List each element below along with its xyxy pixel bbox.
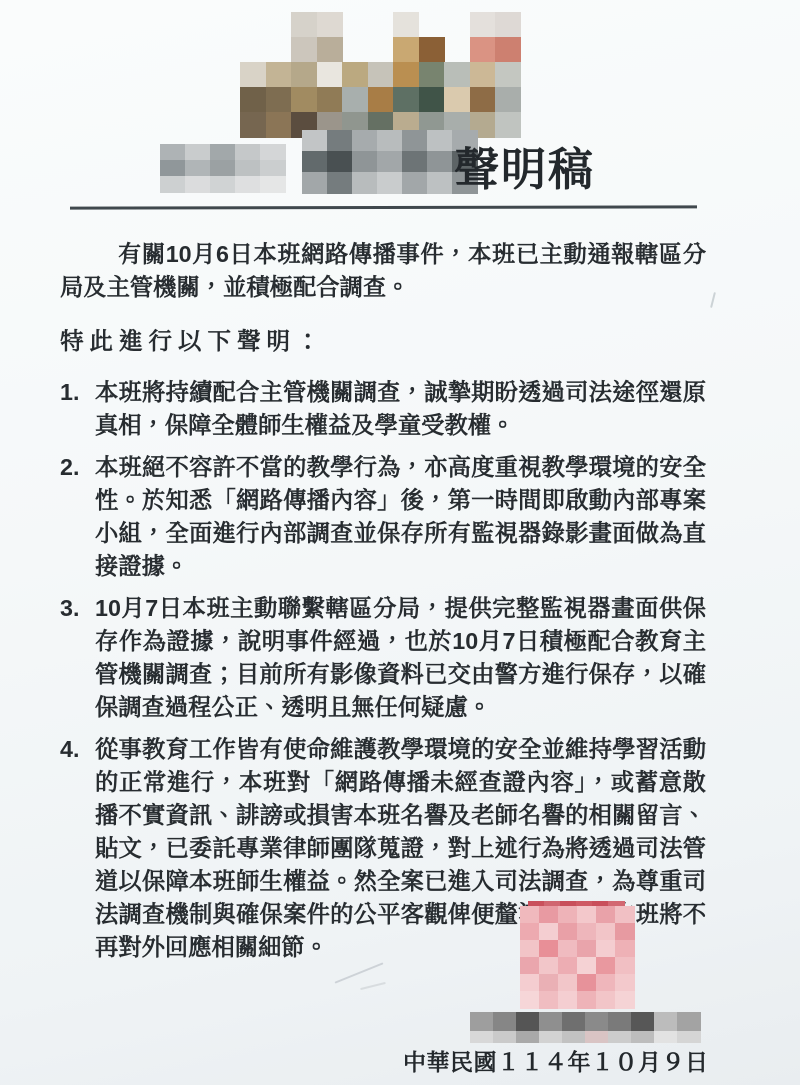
pixel-cell bbox=[260, 176, 286, 193]
pixel-cell bbox=[585, 1012, 609, 1032]
pixel-cell bbox=[577, 957, 597, 975]
pixel-cell bbox=[495, 62, 521, 88]
pixel-cell bbox=[562, 1031, 586, 1043]
pixel-cell bbox=[539, 940, 559, 958]
pixel-cell bbox=[302, 151, 328, 173]
pixel-cell bbox=[470, 1012, 494, 1032]
pixel-cell bbox=[558, 940, 578, 958]
pixel-cell bbox=[260, 160, 286, 177]
pixel-cell bbox=[352, 151, 378, 173]
pixel-cell bbox=[368, 62, 394, 88]
intro-paragraph: 有關10月6日本班網路傳播事件，本班已主動通報轄區分局及主管機關，並積極配合調查… bbox=[60, 238, 706, 304]
declaration-lead-text: 特此進行以下聲明： bbox=[60, 326, 326, 356]
pixel-cell bbox=[266, 87, 292, 113]
pixel-cell bbox=[470, 37, 496, 63]
pixel-cell bbox=[393, 87, 419, 113]
pixel-cell bbox=[317, 12, 343, 38]
pixel-cell bbox=[631, 1031, 655, 1043]
pixel-cell bbox=[577, 991, 597, 1009]
pixel-cell bbox=[631, 1012, 655, 1032]
pixel-cell bbox=[427, 172, 453, 194]
pixel-cell bbox=[342, 62, 368, 88]
scanned-statement-document: 聲明稿 有關10月6日本班網路傳播事件，本班已主動通報轄區分局及主管機關，並積極… bbox=[0, 0, 800, 1085]
pixel-cell bbox=[240, 87, 266, 113]
pixel-cell bbox=[235, 144, 261, 161]
statement-item-2: 2.本班絕不容許不當的教學行為，亦高度重視教學環境的安全性。於知悉「網路傳播內容… bbox=[60, 451, 706, 583]
pixel-cell bbox=[516, 1031, 540, 1043]
pixel-cell bbox=[444, 62, 470, 88]
pixel-cell bbox=[558, 906, 578, 924]
pixel-cell bbox=[495, 37, 521, 63]
pixel-cell bbox=[185, 176, 211, 193]
pixel-cell bbox=[539, 923, 559, 941]
pixel-cell bbox=[291, 12, 317, 38]
pixel-cell bbox=[520, 906, 540, 924]
pixel-cell bbox=[495, 12, 521, 38]
pixel-cell bbox=[419, 62, 445, 88]
pixel-cell bbox=[577, 923, 597, 941]
pixel-cell bbox=[539, 1012, 563, 1032]
pixel-cell bbox=[402, 172, 428, 194]
pixel-cell bbox=[160, 160, 186, 177]
pixel-cell bbox=[577, 974, 597, 992]
pixel-cell bbox=[615, 940, 635, 958]
pixel-cell bbox=[427, 151, 453, 173]
pixel-cell bbox=[327, 130, 353, 152]
pixel-cell bbox=[235, 160, 261, 177]
pixel-cell bbox=[596, 923, 616, 941]
pixel-cell bbox=[327, 151, 353, 173]
pixel-cell bbox=[520, 957, 540, 975]
pixel-cell bbox=[558, 974, 578, 992]
pixel-cell bbox=[291, 62, 317, 88]
pixel-cell bbox=[520, 923, 540, 941]
pixel-cell bbox=[393, 37, 419, 63]
pixel-cell bbox=[520, 974, 540, 992]
statement-item-1: 1.本班將持續配合主管機關調查，誠摯期盼透過司法途徑還原真相，保障全體師生權益及… bbox=[60, 376, 706, 442]
pixel-cell bbox=[516, 1012, 540, 1032]
pixel-cell bbox=[654, 1012, 678, 1032]
pixel-cell bbox=[577, 940, 597, 958]
statement-item-text: 10月7日本班主動聯繫轄區分局，提供完整監視器畫面供保存作為證據，說明事件經過，… bbox=[95, 592, 706, 724]
pixel-cell bbox=[493, 1012, 517, 1032]
page-title: 聲明稿 bbox=[454, 133, 595, 198]
pixel-cell bbox=[596, 940, 616, 958]
pixel-cell bbox=[539, 957, 559, 975]
pixel-cell bbox=[615, 991, 635, 1009]
pixel-cell bbox=[539, 991, 559, 1009]
pixel-cell bbox=[377, 172, 403, 194]
pixel-cell bbox=[402, 130, 428, 152]
statement-item-number: 4. bbox=[60, 733, 95, 964]
pixel-cell bbox=[160, 176, 186, 193]
pixel-cell bbox=[317, 62, 343, 88]
pixel-cell bbox=[291, 87, 317, 113]
pixel-cell bbox=[615, 906, 635, 924]
pixel-cell bbox=[608, 1031, 632, 1043]
pixel-cell bbox=[260, 144, 286, 161]
document-date: 中華民國１１４年１０月９日 bbox=[403, 1044, 709, 1077]
pixel-cell bbox=[539, 1031, 563, 1043]
pixel-cell bbox=[342, 87, 368, 113]
pixel-cell bbox=[615, 923, 635, 941]
pixel-cell bbox=[470, 1031, 494, 1043]
pixel-cell bbox=[393, 12, 419, 38]
statement-item-text: 本班絕不容許不當的教學行為，亦高度重視教學環境的安全性。於知悉「網路傳播內容」後… bbox=[95, 451, 706, 583]
pixel-cell bbox=[520, 940, 540, 958]
pixel-cell bbox=[596, 906, 616, 924]
pixel-cell bbox=[558, 991, 578, 1009]
pixel-cell bbox=[596, 974, 616, 992]
pixel-cell bbox=[266, 62, 292, 88]
pixel-cell bbox=[266, 112, 292, 138]
pixel-cell bbox=[596, 957, 616, 975]
pixel-cell bbox=[185, 144, 211, 161]
pixel-cell bbox=[596, 991, 616, 1009]
pixel-cell bbox=[558, 957, 578, 975]
pixel-cell bbox=[615, 957, 635, 975]
pixel-cell bbox=[352, 172, 378, 194]
pixel-cell bbox=[160, 144, 186, 161]
pixel-cell bbox=[393, 62, 419, 88]
pixel-cell bbox=[585, 1031, 609, 1043]
pixel-cell bbox=[327, 172, 353, 194]
pixel-cell bbox=[368, 87, 394, 113]
pixel-cell bbox=[377, 151, 403, 173]
pixel-cell bbox=[615, 974, 635, 992]
pixel-cell bbox=[419, 87, 445, 113]
title-divider-line bbox=[70, 205, 697, 209]
pixel-cell bbox=[539, 974, 559, 992]
statement-item-3: 3.10月7日本班主動聯繫轄區分局，提供完整監視器畫面供保存作為證據，說明事件經… bbox=[60, 592, 706, 724]
pixel-cell bbox=[317, 87, 343, 113]
pixel-cell bbox=[235, 176, 261, 193]
pixel-cell bbox=[677, 1031, 701, 1043]
pixel-cell bbox=[444, 87, 470, 113]
pixel-cell bbox=[185, 160, 211, 177]
pixel-cell bbox=[240, 112, 266, 138]
statement-item-text: 本班將持續配合主管機關調查，誠摯期盼透過司法途徑還原真相，保障全體師生權益及學童… bbox=[95, 376, 706, 442]
pixel-cell bbox=[377, 130, 403, 152]
pixel-cell bbox=[539, 906, 559, 924]
pixel-cell bbox=[291, 37, 317, 63]
pixel-cell bbox=[402, 151, 428, 173]
pixel-cell bbox=[654, 1031, 678, 1043]
pixel-cell bbox=[210, 176, 236, 193]
pixel-cell bbox=[577, 906, 597, 924]
pixel-cell bbox=[493, 1031, 517, 1043]
pixel-cell bbox=[419, 37, 445, 63]
statement-list: 1.本班將持續配合主管機關調查，誠摯期盼透過司法途徑還原真相，保障全體師生權益及… bbox=[60, 376, 706, 973]
pixel-cell bbox=[520, 991, 540, 1009]
statement-item-number: 2. bbox=[60, 451, 95, 583]
pixel-cell bbox=[470, 12, 496, 38]
pixel-cell bbox=[210, 160, 236, 177]
pixel-cell bbox=[470, 62, 496, 88]
pixel-cell bbox=[677, 1012, 701, 1032]
scan-artifact-mark bbox=[710, 292, 716, 308]
pixel-cell bbox=[495, 87, 521, 113]
pixel-cell bbox=[470, 87, 496, 113]
pixel-cell bbox=[352, 130, 378, 152]
pixel-cell bbox=[562, 1012, 586, 1032]
scan-artifact-squiggle bbox=[360, 982, 386, 990]
pixel-cell bbox=[302, 130, 328, 152]
pixel-cell bbox=[302, 172, 328, 194]
statement-item-number: 1. bbox=[60, 376, 95, 442]
statement-item-number: 3. bbox=[60, 592, 95, 724]
pixel-cell bbox=[427, 130, 453, 152]
pixel-cell bbox=[608, 1012, 632, 1032]
pixel-cell bbox=[210, 144, 236, 161]
pixel-cell bbox=[558, 923, 578, 941]
pixel-cell bbox=[240, 62, 266, 88]
pixel-cell bbox=[317, 37, 343, 63]
